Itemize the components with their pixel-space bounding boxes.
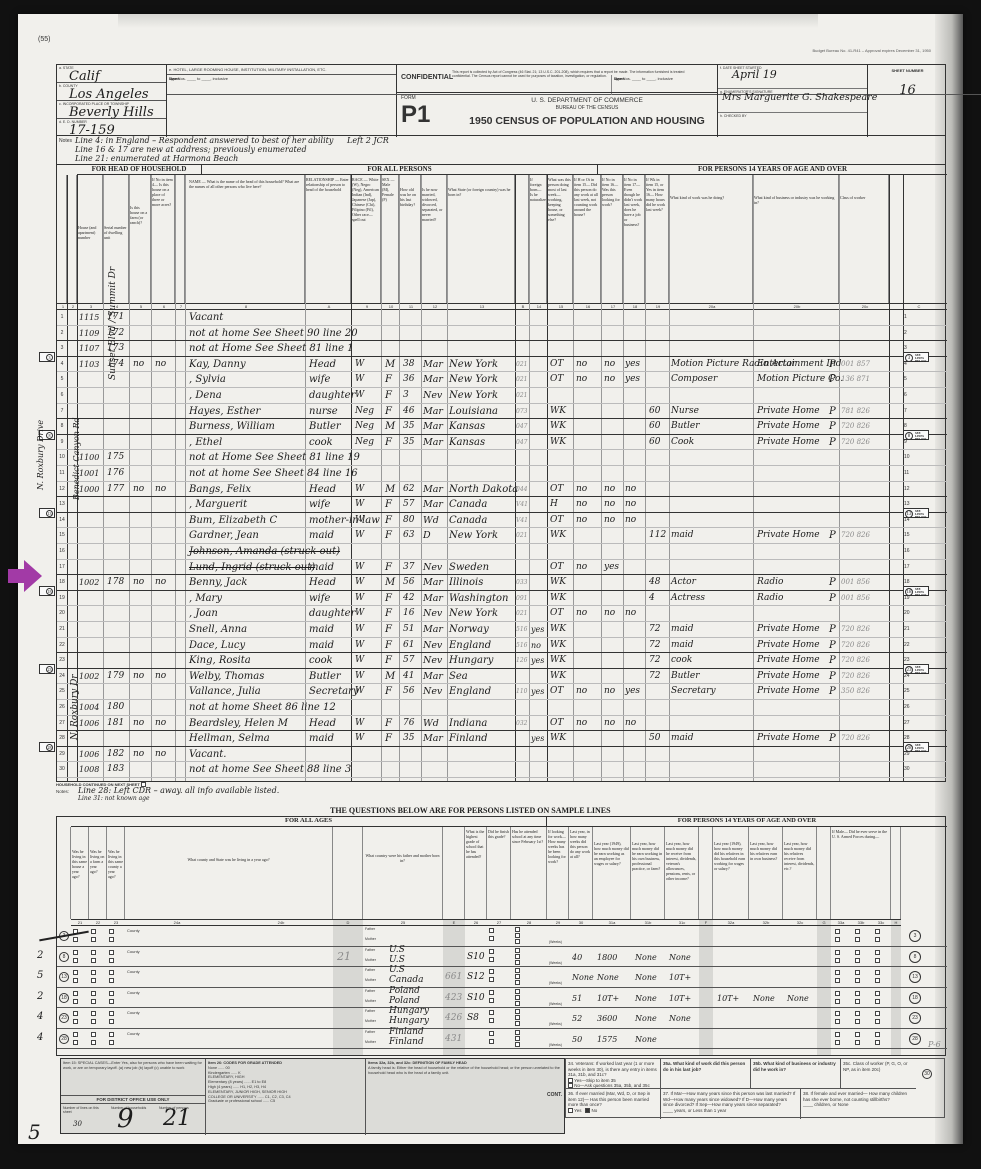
table-row: 271006181nonoBeardsley, Helen MHeadWF76W… [57, 716, 947, 732]
birthplace-code: 047 [516, 419, 527, 434]
sample-section-title: THE QUESTIONS BELOW ARE FOR PERSONS LIST… [330, 806, 611, 815]
q22-yes-checkbox[interactable] [91, 929, 96, 934]
table-row: 41103174nonoKay, DannyHeadWM38MarNew Yor… [57, 357, 947, 373]
leave-blank-e-value: 431 [445, 1034, 462, 1044]
marital-status: D [423, 528, 431, 543]
industry: Private Home [757, 435, 820, 450]
q38-text: 38. If female and ever married— How many… [803, 1091, 914, 1102]
sex: F [385, 560, 392, 575]
q36-yes-checkbox[interactable] [568, 1108, 573, 1113]
col-header-naturalized: If foreign born— Is he naturalized? [529, 175, 547, 303]
occupation-code: 001 856 [841, 575, 870, 590]
q33b-yes-checkbox[interactable] [855, 950, 860, 955]
activity: WK [550, 669, 566, 684]
col-q33: If Male— Did he ever serve in the U. S. … [831, 827, 891, 919]
q28-1-checkbox[interactable] [515, 948, 520, 953]
q28-1-checkbox[interactable] [515, 1009, 520, 1014]
class-of-worker: P [829, 638, 836, 653]
confidential-text: This report is collected by Act of Congr… [452, 70, 692, 78]
q28-3-checkbox[interactable] [515, 1001, 520, 1006]
q28-3-checkbox[interactable] [515, 980, 520, 985]
q27-yes-checkbox[interactable] [489, 928, 494, 933]
q33c-no-checkbox[interactable] [875, 937, 880, 942]
q22-yes-checkbox[interactable] [91, 1011, 96, 1016]
q33a-no-checkbox[interactable] [835, 1040, 840, 1045]
q33c-yes-checkbox[interactable] [875, 929, 880, 934]
q28-1-checkbox[interactable] [515, 968, 520, 973]
occupation: maid [671, 638, 694, 653]
q21-yes-checkbox[interactable] [73, 950, 78, 955]
sample-tag-text: SEE LINES BELOW [915, 744, 928, 753]
q22-yes-checkbox[interactable] [91, 991, 96, 996]
lower-column-number: 29 [547, 919, 569, 926]
q33a-yes-checkbox[interactable] [835, 1032, 840, 1037]
column-number: 10 [386, 304, 396, 309]
marital-status: Wd [423, 513, 439, 528]
relationship: Butler [309, 419, 341, 434]
q22-yes-checkbox[interactable] [91, 1032, 96, 1037]
relationship: mother-in-law [309, 513, 380, 528]
q22-no-checkbox[interactable] [91, 1019, 96, 1024]
race: W [355, 731, 364, 746]
business-income: None [635, 1035, 657, 1044]
leave-blank-e-value: 426 [445, 1013, 462, 1023]
sample-tag-text: SEE LINES BELOW [915, 354, 928, 363]
q21-no-checkbox[interactable] [73, 978, 78, 983]
column-number: 16 [583, 304, 593, 309]
sex: F [385, 435, 392, 450]
person-name: not at Home See Sheet 81 line 19 [189, 450, 360, 465]
sex: F [385, 528, 392, 543]
q33b-no-checkbox[interactable] [855, 937, 860, 942]
sample-line-tag: 3SEE LINES BELOW [903, 352, 929, 362]
col-q22: Was he living on a farm a year ago? [89, 827, 107, 919]
q23-no-checkbox[interactable] [109, 1019, 114, 1024]
lower-column-number: 32c [783, 919, 817, 926]
q28-3-checkbox[interactable] [515, 960, 520, 965]
q21-no-checkbox[interactable] [73, 999, 78, 1004]
q33b-no-checkbox[interactable] [855, 1040, 860, 1045]
department: U. S. DEPARTMENT OF COMMERCE [477, 97, 697, 104]
col-q32a: Last year (1949), how much money did his… [713, 827, 749, 919]
q28-1-checkbox[interactable] [515, 927, 520, 932]
sheet-number: 16 [868, 83, 947, 98]
q33c-no-checkbox[interactable] [875, 1019, 880, 1024]
q22-yes-checkbox[interactable] [91, 970, 96, 975]
sex: F [385, 653, 392, 668]
occupation: Secretary [671, 684, 716, 699]
q27-no-checkbox[interactable] [489, 957, 494, 962]
q27-yes-checkbox[interactable] [489, 1010, 494, 1015]
note-line: Line 21: enumerated at Harmona Beach [75, 154, 238, 163]
marital-status: Mar [423, 669, 443, 684]
section-persons-14: FOR PERSONS 14 YEARS OF AGE AND OVER [597, 165, 947, 175]
activity: WK [550, 622, 566, 637]
line-number-right: 6 [904, 388, 916, 403]
race: W [355, 513, 364, 528]
birthplace-code: 516 [516, 638, 527, 653]
class-of-worker: P [829, 669, 836, 684]
q21-yes-checkbox[interactable] [73, 991, 78, 996]
serial-number: 179 [107, 669, 124, 684]
col-q25: What country were his father and mother … [363, 827, 443, 919]
line-number: 29 [57, 747, 67, 762]
sample-table: FOR ALL AGES FOR PERSONS 14 YEARS OF AGE… [56, 816, 946, 1056]
q33a-yes-checkbox[interactable] [835, 970, 840, 975]
q21-yes-checkbox[interactable] [73, 970, 78, 975]
q27-yes-checkbox[interactable] [489, 990, 494, 995]
q33a-no-checkbox[interactable] [835, 937, 840, 942]
q27-no-checkbox[interactable] [489, 1039, 494, 1044]
side-mark: P-6 [928, 1040, 941, 1049]
sample-circle-icon: 13 [909, 971, 921, 983]
q33b-no-checkbox[interactable] [855, 999, 860, 1004]
street-name: Benedict Canyon Rd [72, 417, 81, 500]
race: W [355, 357, 364, 372]
q34-no-checkbox[interactable] [568, 1083, 573, 1088]
hours-worked: 72 [649, 653, 660, 668]
sample-circle-icon: 28 [909, 1033, 921, 1045]
q33c-no-checkbox[interactable] [875, 999, 880, 1004]
q27-yes-checkbox[interactable] [489, 969, 494, 974]
q28-3-checkbox[interactable] [515, 1042, 520, 1047]
q33c-yes-checkbox[interactable] [875, 950, 880, 955]
sample-row: 28County21FatherMotherU.SU.SS10(Weeks)40… [57, 947, 947, 968]
marital-status: Mar [423, 372, 443, 387]
birthplace-code: 110 [516, 684, 527, 699]
column-number: 9 [362, 304, 372, 309]
col-header-agri [175, 175, 185, 303]
age: 3 [403, 388, 409, 403]
looking-for-work: no [604, 482, 615, 497]
q33b-no-checkbox[interactable] [855, 958, 860, 963]
q27-yes-checkbox[interactable] [489, 1031, 494, 1036]
q21-no-checkbox[interactable] [73, 1040, 78, 1045]
q36-yes-label: Yes [574, 1108, 581, 1113]
table-row: 301008183not at home See Sheet 88 line 3… [57, 762, 947, 778]
house-number: 1004 [79, 700, 99, 715]
line-number: 24 [57, 669, 67, 684]
birthplace-code: V41 [516, 497, 528, 512]
q23-no-checkbox[interactable] [109, 1040, 114, 1045]
q22-no-checkbox[interactable] [91, 978, 96, 983]
age: 80 [403, 513, 414, 528]
q37-text: 37. If Mar—How many years since this per… [663, 1091, 798, 1108]
activity: OT [550, 684, 563, 699]
person-name: Vacant [189, 310, 223, 325]
person-name: Johnson, Amanda (struck out) [189, 544, 340, 559]
footer-questions: 34. Veterans: If worked last year (1 or … [565, 1058, 945, 1118]
q33c-no-checkbox[interactable] [875, 958, 880, 963]
q27-no-checkbox[interactable] [489, 936, 494, 941]
column-number: 13 [477, 304, 487, 309]
q33c-yes-checkbox[interactable] [875, 1032, 880, 1037]
looking-for-work: no [604, 716, 615, 731]
mother-label: Mother [365, 1040, 376, 1044]
sample-line-tag-left: 3 [39, 352, 55, 362]
serial-number: 181 [107, 716, 124, 731]
line-number: 5 [57, 372, 67, 387]
q23-yes-checkbox[interactable] [109, 929, 114, 934]
line-number: 28 [57, 731, 67, 746]
line-number-right: 16 [904, 544, 916, 559]
q23-yes-checkbox[interactable] [109, 1032, 114, 1037]
col-q28: Has he attended school at any time since… [511, 827, 547, 919]
q23-yes-checkbox[interactable] [109, 950, 114, 955]
q28-3-checkbox[interactable] [515, 939, 520, 944]
q23-no-checkbox[interactable] [109, 978, 114, 983]
lower-column-number: 33b [851, 919, 871, 926]
q28-2-checkbox[interactable] [515, 933, 520, 938]
col-header-occupation: What kind of work was he doing? [669, 175, 753, 303]
col-E [443, 827, 465, 919]
confidential-label: CONFIDENTIAL [401, 74, 453, 81]
budget-note: Budget Bureau No. 41-R41 – Approval expi… [812, 48, 931, 53]
q21-no-checkbox[interactable] [73, 958, 78, 963]
page-number: (55) [38, 36, 50, 43]
occupation: Actor [671, 575, 696, 590]
q28-2-checkbox[interactable] [515, 1015, 520, 1020]
table-row: 14Bum, Elizabeth Cmother-in-lawWF80WdCan… [57, 513, 947, 529]
age: 57 [403, 497, 414, 512]
q22-no-checkbox[interactable] [91, 958, 96, 963]
marital-status: Mar [423, 731, 443, 746]
acres-answer: no [155, 575, 166, 590]
father-label: Father [365, 1009, 375, 1013]
line-number-right: 20 [904, 606, 916, 621]
table-row: 28Hellman, SelmamaidWF35MarFinlandyesWK5… [57, 731, 947, 747]
line-number: 30 [57, 762, 67, 777]
class-of-worker: P [829, 591, 836, 606]
race: W [355, 560, 364, 575]
q28-2-checkbox[interactable] [515, 974, 520, 979]
q33a-yes-checkbox[interactable] [835, 1011, 840, 1016]
sex: M [385, 575, 395, 590]
birthplace: New York [449, 372, 498, 387]
table-row: 16Johnson, Amanda (struck out)16 [57, 544, 947, 560]
q22-no-checkbox[interactable] [91, 937, 96, 942]
weeks-worked: 50 [572, 1035, 582, 1044]
q21-yes-checkbox[interactable] [73, 1032, 78, 1037]
has-job: no [625, 513, 636, 528]
table-row: 13, MargueritwifeWF57MarCanadaV41Hnonono… [57, 497, 947, 513]
line-number: 18 [57, 575, 67, 590]
q33b-no-checkbox[interactable] [855, 978, 860, 983]
col-q30: Last year, in how many weeks did this pe… [569, 827, 593, 919]
q33c-yes-checkbox[interactable] [875, 991, 880, 996]
col-G [817, 827, 831, 919]
birthplace: New York [449, 606, 498, 621]
person-name: Vallance, Julia [189, 684, 261, 699]
column-number: 18 [630, 304, 640, 309]
any-work: no [576, 716, 587, 731]
lower-column-number: 27 [487, 919, 511, 926]
birthplace: Kansas [449, 419, 485, 434]
any-work: no [576, 357, 587, 372]
institution-block: e. HOTEL, LARGE ROOMING HOUSE, INSTITUTI… [167, 65, 397, 137]
looking-for-work: no [604, 357, 615, 372]
q36-no-checkbox[interactable] [585, 1108, 590, 1113]
table-row: 5, SylviawifeWF36MarNew York021OTnonoyes… [57, 372, 947, 388]
birthplace: Norway [449, 622, 489, 637]
q28-2-checkbox[interactable] [515, 1036, 520, 1041]
q21-no-checkbox[interactable] [73, 1019, 78, 1024]
house-number: 1002 [79, 669, 99, 684]
q33c-yes-checkbox[interactable] [875, 970, 880, 975]
birthplace: Kansas [449, 435, 485, 450]
q33b-yes-checkbox[interactable] [855, 970, 860, 975]
q33a-no-checkbox[interactable] [835, 958, 840, 963]
q27-no-checkbox[interactable] [489, 998, 494, 1003]
q37-tail: ____ years, or Less than 1 year [663, 1108, 798, 1114]
q33a-no-checkbox[interactable] [835, 978, 840, 983]
q28-2-checkbox[interactable] [515, 954, 520, 959]
col-header-class: Class of worker [839, 175, 889, 303]
mother-label: Mother [365, 978, 376, 982]
line-number: 16 [57, 544, 67, 559]
pointer-arrow-icon [8, 560, 42, 592]
notes-top: Notes Line 4: in England – Respondent an… [56, 136, 946, 164]
line-number: 6 [57, 388, 67, 403]
class-of-worker: P [829, 622, 836, 637]
q21-yes-checkbox[interactable] [73, 1011, 78, 1016]
q28-1-checkbox[interactable] [515, 1030, 520, 1035]
q34: 34. Veterans: If worked last year (1 or … [566, 1059, 661, 1089]
occupation: Cook [671, 435, 694, 450]
q33b-yes-checkbox[interactable] [855, 1032, 860, 1037]
q23-no-checkbox[interactable] [109, 937, 114, 942]
q33c-no-checkbox[interactable] [875, 1040, 880, 1045]
q27-yes-checkbox[interactable] [489, 949, 494, 954]
table-row: 23King, RositacookWF57NevHungary126yesWK… [57, 653, 947, 669]
q33c-yes-checkbox[interactable] [875, 1011, 880, 1016]
sample-circle-icon: 30 [922, 1069, 932, 1079]
birthplace: Canada [449, 497, 487, 512]
col-header-farm: Is this house on a farm (or ranch)? [129, 175, 151, 303]
form-title-block: FORM P1 U. S. DEPARTMENT OF COMMERCE BUR… [397, 93, 717, 137]
col-q23: Was he living in this same county a year… [107, 827, 125, 919]
q23-no-checkbox[interactable] [109, 958, 114, 963]
q33b-no-checkbox[interactable] [855, 1019, 860, 1024]
q34-no-label: No—Ask questions 35a, 35b, and 35c [574, 1083, 650, 1088]
q23-yes-checkbox[interactable] [109, 1011, 114, 1016]
acres-answer: no [155, 747, 166, 762]
hours-worked: 50 [649, 731, 660, 746]
lower-column-number: 31b [631, 919, 665, 926]
q28-1-checkbox[interactable] [515, 989, 520, 994]
marital-status: Wd [423, 716, 439, 731]
q33a-no-checkbox[interactable] [835, 999, 840, 1004]
table-row: 20, JoandaughterWF16NevNew York021OTnono… [57, 606, 947, 622]
wage-income: 1575 [597, 1035, 617, 1044]
serial-number: 183 [107, 762, 124, 777]
county-label: County [127, 990, 140, 995]
father-label: Father [365, 968, 375, 972]
q33b-yes-checkbox[interactable] [855, 991, 860, 996]
relationship: wife [309, 372, 330, 387]
acres-answer: no [155, 357, 166, 372]
paper-fold [118, 14, 818, 28]
relationship: wife [309, 591, 330, 606]
lower-column-number: 28 [511, 919, 547, 926]
birthplace: Louisiana [449, 404, 498, 419]
q36-no-label: No [592, 1108, 598, 1113]
q28-2-checkbox[interactable] [515, 995, 520, 1000]
q28-3-checkbox[interactable] [515, 1021, 520, 1026]
q23-yes-checkbox[interactable] [109, 991, 114, 996]
q33b-yes-checkbox[interactable] [855, 929, 860, 934]
footer-instructions: Item 15: SPECIAL CASES—Enter Yes, also f… [60, 1058, 565, 1134]
relationship: wife [309, 497, 330, 512]
q33a-yes-checkbox[interactable] [835, 929, 840, 934]
q23-no-checkbox[interactable] [109, 999, 114, 1004]
q33a-yes-checkbox[interactable] [835, 991, 840, 996]
q33a-no-checkbox[interactable] [835, 1019, 840, 1024]
q27-no-checkbox[interactable] [489, 1018, 494, 1023]
serial-number: 182 [107, 747, 124, 762]
q22-no-checkbox[interactable] [91, 999, 96, 1004]
hours-worked: 112 [649, 528, 666, 543]
birthplace: Hungary [449, 653, 493, 668]
sex: F [385, 716, 392, 731]
age: 35 [403, 435, 414, 450]
marital-status: Nev [423, 684, 442, 699]
line-number: 4 [57, 357, 67, 372]
q33b-yes-checkbox[interactable] [855, 1011, 860, 1016]
person-name: Hellman, Selma [189, 731, 270, 746]
col-q31b: Last year, how much money did he earn wo… [631, 827, 665, 919]
race: W [355, 638, 364, 653]
birthplace-code: 021 [516, 388, 527, 403]
sample-circle-icon: 18 [905, 588, 913, 596]
relationship: maid [309, 638, 334, 653]
age: 62 [403, 482, 414, 497]
q22-no-checkbox[interactable] [91, 1040, 96, 1045]
relatives-other-income: None [787, 994, 809, 1003]
q33c-no-checkbox[interactable] [875, 978, 880, 983]
person-name: King, Rosita [189, 653, 251, 668]
sample-row: 218CountyFatherMotherPolandPoland423S10(… [57, 988, 947, 1009]
activity: OT [550, 372, 563, 387]
q35a: 35a. What kind of work did this person d… [661, 1059, 751, 1089]
age: 51 [403, 622, 414, 637]
line-number: 25 [57, 684, 67, 699]
section-head-household: FOR HEAD OF HOUSEHOLD [77, 165, 202, 175]
class-of-worker: P [829, 575, 836, 590]
q33a-yes-checkbox[interactable] [835, 950, 840, 955]
col-header-marital: Is he now married, widowed, divorced, se… [421, 175, 447, 303]
birthplace-code: 021 [516, 528, 527, 543]
marital-status: Nev [423, 388, 442, 403]
county-label: County [127, 1010, 140, 1015]
activity: OT [550, 482, 563, 497]
person-name: Lund, Ingrid (struck out) [189, 560, 315, 575]
person-name: Dace, Lucy [189, 638, 245, 653]
age: 42 [403, 591, 414, 606]
line-number-right: 11 [904, 466, 916, 481]
father-label: Father [365, 1030, 375, 1034]
col-header-activity: What was this person doing most of last … [547, 175, 573, 303]
q21-no-checkbox[interactable] [73, 937, 78, 942]
q22-yes-checkbox[interactable] [91, 950, 96, 955]
sample-circle-icon: 3 [909, 930, 921, 942]
family-text: A family head is: Either the head of hou… [368, 1066, 564, 1076]
q27-no-checkbox[interactable] [489, 977, 494, 982]
person-name: Burness, William [189, 419, 275, 434]
table-row: 31107173not at Home See Sheet 81 line 13 [57, 341, 947, 357]
d1-label: Number of lines on this sheet [63, 1106, 103, 1114]
q23-yes-checkbox[interactable] [109, 970, 114, 975]
